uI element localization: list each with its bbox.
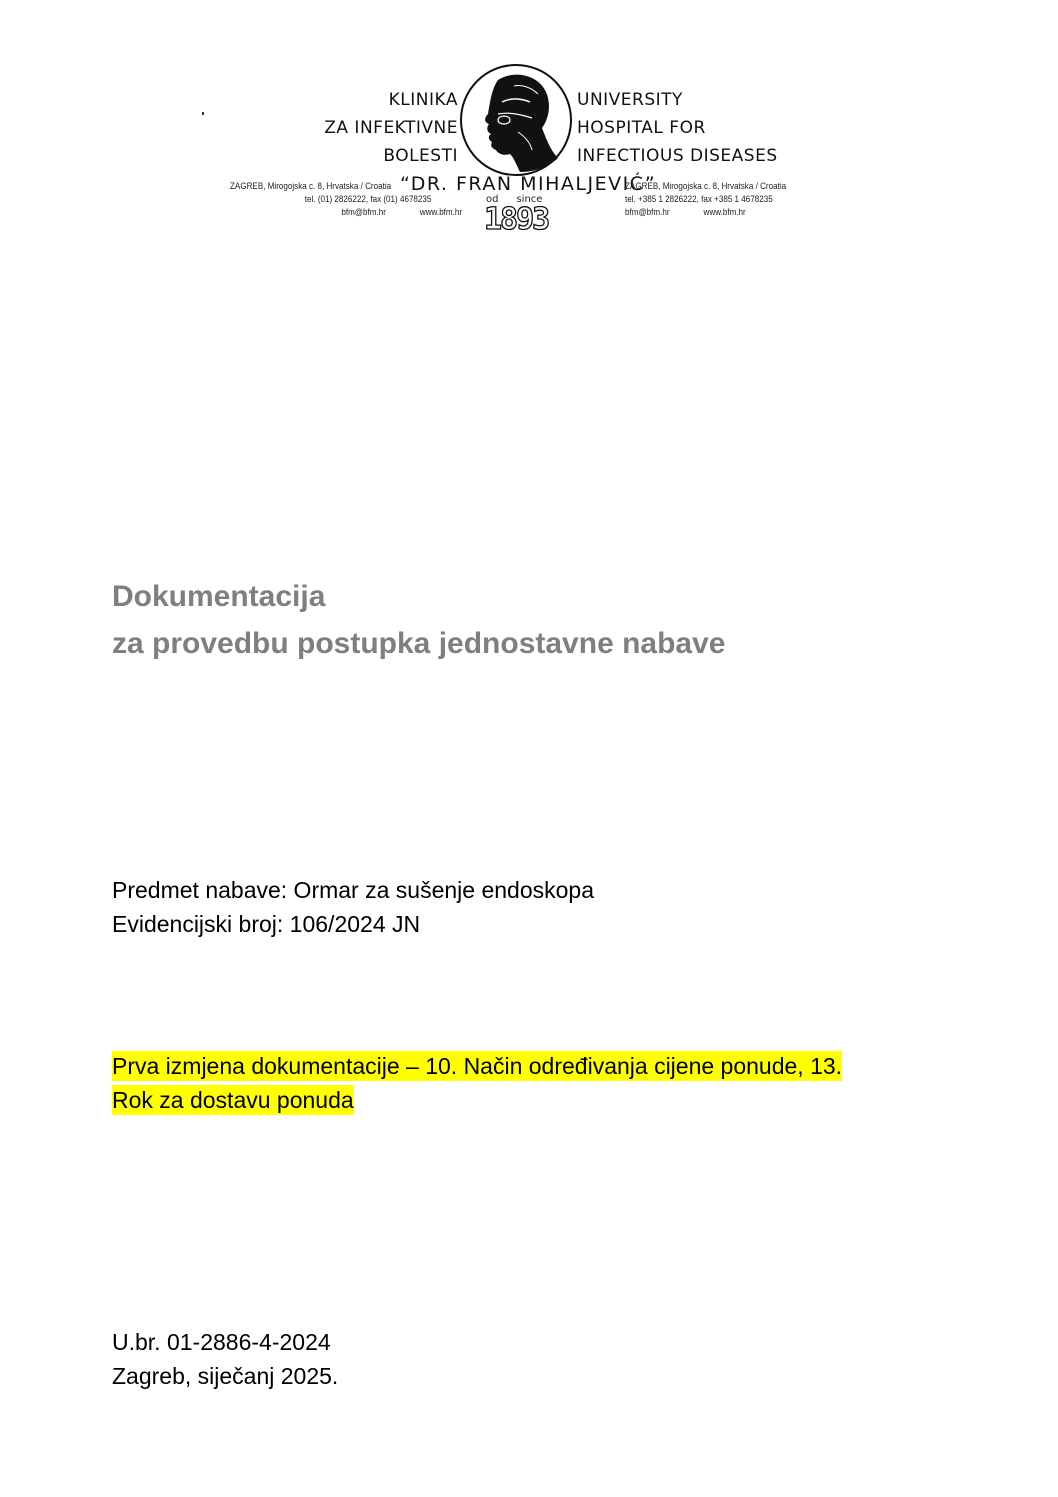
procurement-info: Predmet nabave: Ormar za sušenje endosko… <box>112 873 594 941</box>
place-and-date: Zagreb, siječanj 2025. <box>112 1359 338 1393</box>
letterhead-line: UNIVERSITY <box>577 86 778 114</box>
amendment-line-2: Rok za dostavu ponuda <box>112 1085 354 1115</box>
letterhead: KLINIKA ZA INFEKTIVNE BOLESTI UNIVERSITY… <box>0 0 1058 250</box>
scan-speck <box>202 112 204 115</box>
letterhead-line: INFECTIOUS DISEASES <box>577 142 778 170</box>
reference-number: U.br. 01-2886-4-2024 <box>112 1325 338 1359</box>
amendment-line-1: Prva izmjena dokumentacije – 10. Način o… <box>112 1051 842 1081</box>
reference-block: U.br. 01-2886-4-2024 Zagreb, siječanj 20… <box>112 1325 338 1393</box>
address-block-left: ZAGREB, Mirogojska c. 8, Hrvatska / Croa… <box>230 180 462 219</box>
address-line: ZAGREB, Mirogojska c. 8, Hrvatska / Croa… <box>230 180 462 193</box>
document-title: Dokumentacija za provedbu postupka jedno… <box>112 573 725 667</box>
letterhead-english-name: UNIVERSITY HOSPITAL FOR INFECTIOUS DISEA… <box>577 86 778 170</box>
record-number: Evidencijski broj: 106/2024 JN <box>112 907 594 941</box>
email-text: bfm@bfm.hr <box>625 207 670 218</box>
amendment-notice: Prva izmjena dokumentacije – 10. Način o… <box>112 1049 842 1117</box>
address-block-right: ZAGREB, Mirogojska c. 8, Hrvatska / Croa… <box>625 180 786 219</box>
founding-year: 1893 <box>484 202 548 237</box>
contact-line: tel. (01) 2826222, fax (01) 4678235 <box>230 193 462 206</box>
letterhead-line: ZA INFEKTIVNE <box>324 114 458 142</box>
website-text: www.bfm.hr <box>420 207 462 218</box>
letterhead-line: HOSPITAL FOR <box>577 114 778 142</box>
letterhead-line: BOLESTI <box>324 142 458 170</box>
portrait-medallion-icon <box>458 62 574 178</box>
contact-line: tel. +385 1 2826222, fax +385 1 4678235 <box>625 193 786 206</box>
website-text: www.bfm.hr <box>704 207 746 218</box>
title-line-2: za provedbu postupka jednostavne nabave <box>112 620 725 667</box>
procurement-subject: Predmet nabave: Ormar za sušenje endosko… <box>112 873 594 907</box>
title-line-1: Dokumentacija <box>112 573 725 620</box>
address-line: ZAGREB, Mirogojska c. 8, Hrvatska / Croa… <box>625 180 786 193</box>
email-text: bfm@bfm.hr <box>341 207 386 218</box>
letterhead-croatian-name: KLINIKA ZA INFEKTIVNE BOLESTI <box>324 86 458 170</box>
letterhead-line: KLINIKA <box>324 86 458 114</box>
